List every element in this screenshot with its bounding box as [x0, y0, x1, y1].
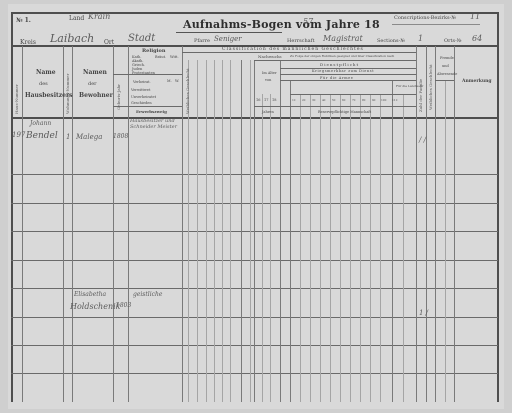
kreis-value: Laibach: [50, 32, 94, 45]
land-label: Land: [69, 15, 84, 22]
col-religion: Religion: [142, 48, 166, 54]
row1-wohnungs-nummer: 1: [66, 133, 70, 141]
col-namen-line1: Namen: [83, 69, 107, 76]
col-nachwuchs: Nachwuchs: [258, 54, 282, 59]
col-subdivision-1: Weibliches Geschlecht: [185, 72, 190, 114]
row2-bewohner-first: Elisabetha: [74, 291, 106, 298]
herrschaft-value: Magistrat: [323, 34, 363, 43]
year-suffix: 57: [303, 17, 313, 26]
col-namen-line3: Bewohner: [79, 92, 113, 99]
sheet-number-label: № 1.: [16, 17, 31, 24]
col-weibliche: Weibliches Geschlecht: [428, 60, 433, 110]
row1-tallies: / /: [419, 136, 426, 144]
herrschaft-label: Herrschaft: [287, 38, 315, 44]
sections-value: 1: [418, 34, 423, 43]
row1-owner-first: Johann: [30, 120, 51, 127]
row1-geburts-jahr: 1808: [113, 133, 128, 140]
col-name-line1: Name: [36, 69, 56, 76]
col-haus-nummer: Haus-Nummer: [14, 84, 19, 114]
conscriptions-label: Conscriptions-Bezirks-№: [394, 15, 456, 21]
pfarre-label: Pfarre: [194, 38, 210, 44]
pfarre-value: Seniger: [214, 35, 242, 43]
col-namen-line2: der: [88, 81, 97, 87]
col-fuer-die-armee: Für die Armee: [320, 76, 353, 80]
col-geburts-jahr: Geburts-Jahr: [116, 86, 121, 110]
col-anzahl-familie: Zahl der Familie: [418, 52, 423, 112]
orts-value: 64: [472, 34, 482, 43]
col-kriegsmerkbar: Kriegsmerkbar zum Dienst: [312, 69, 374, 73]
ort-value: Stadt: [128, 33, 155, 44]
row2-tallies: 1 /: [419, 309, 428, 317]
col-wohnungs-nummer: Wohnungs-Nummer: [65, 84, 70, 114]
frame-right: [497, 12, 499, 402]
col-stand: Verheirat.: [133, 80, 151, 84]
document-title: Aufnahms-Bogen vom Jahre 18: [183, 18, 380, 31]
row2-occupation: geistliche: [133, 291, 162, 298]
frame-top: [11, 12, 498, 14]
frame-left: [11, 12, 13, 402]
row1-bewohner: Malega: [76, 133, 102, 141]
col-name-line2: des: [39, 81, 48, 87]
row2-geburts-jahr: 1803: [116, 302, 131, 309]
col-anmerkung: Anmerkung: [462, 79, 492, 84]
col-dienstpflicht: Dienstpflicht: [320, 62, 359, 67]
row1-occupation: Hausbesitzer und Schneider Meister: [130, 118, 182, 130]
col-note-line: Zu Folge der obigen Rubriken geeignet un…: [290, 54, 394, 58]
col-occupation: Erwerbszweig: [136, 109, 167, 114]
orts-label: Orts-№: [444, 38, 462, 44]
row2-bewohner-last: Holdschenik: [70, 302, 121, 311]
row1-owner-last: Bendel: [26, 131, 58, 141]
col-reserve: Reservepflichtige Mannschaft: [318, 110, 371, 114]
col-classification: Classification des männlichen Geschlecht…: [222, 47, 364, 52]
sections-label: Sections-№: [377, 38, 405, 44]
row1-haus-nummer: 197: [12, 131, 25, 139]
